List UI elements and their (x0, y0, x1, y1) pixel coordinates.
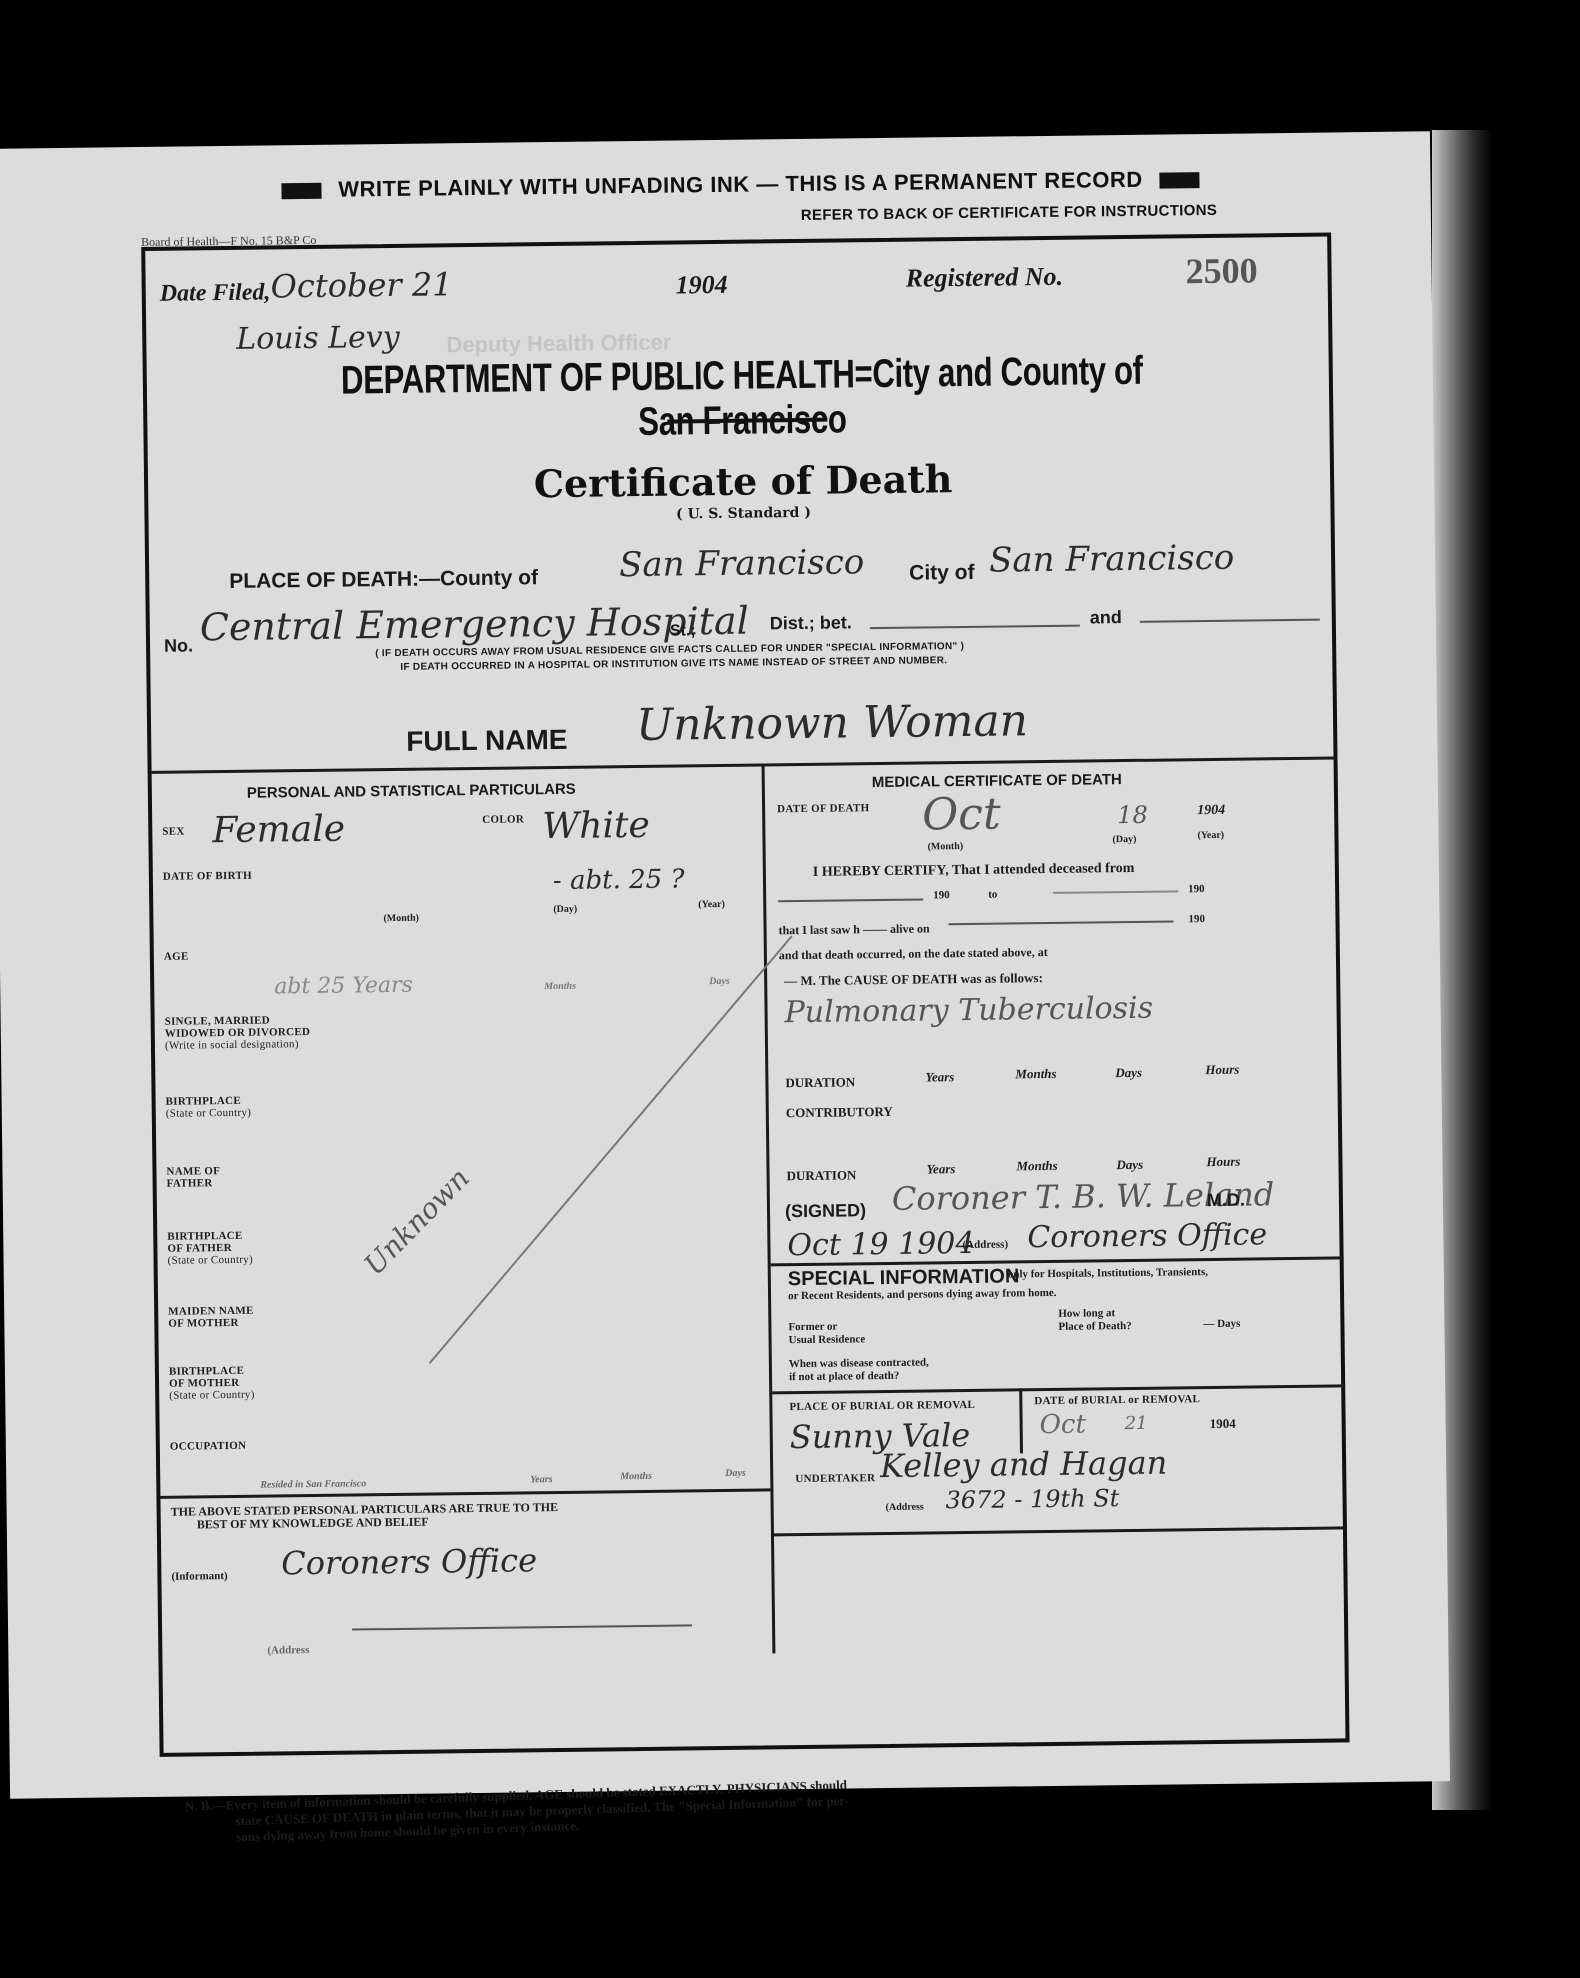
column-divider (762, 763, 776, 1653)
duration-months-1: Months (1015, 1066, 1056, 1083)
certificate-frame: Date Filed, October 21 1904 Registered N… (141, 232, 1349, 1756)
birthplace-label-line-1: BIRTHPLACE (166, 1095, 252, 1108)
resided-label: Resided in San Francisco (260, 1478, 366, 1490)
refer-instructions: REFER TO BACK OF CERTIFICATE FOR INSTRUC… (801, 202, 1217, 224)
informant-label: (Informant) (171, 1570, 227, 1583)
former-residence-label: Former or Usual Residence (788, 1320, 865, 1347)
unknown-strike-line (429, 935, 793, 1363)
cause-of-death-value: Pulmonary Tuberculosis (784, 991, 1153, 1030)
duration-years-2: Years (926, 1161, 955, 1177)
last-saw-190: 190 (1188, 913, 1205, 925)
last-saw-label: that I last saw h —— alive on (778, 921, 929, 938)
date-filed-value: October 21 (270, 265, 452, 305)
signed-label: (SIGNED) (785, 1200, 866, 1222)
street-label: St.; (670, 622, 696, 640)
dod-year-value: 1904 (1197, 803, 1225, 819)
birthplace-label: BIRTHPLACE (State or Country) (166, 1095, 252, 1120)
md-label: M.D. (1207, 1190, 1245, 1211)
range-190-b: 190 (1188, 883, 1205, 895)
duration-hours-2: Hours (1206, 1154, 1240, 1170)
mother-bp-line-2: OF MOTHER (169, 1377, 255, 1390)
dod-year-label: (Year) (1197, 830, 1224, 841)
dob-year-label: (Year) (698, 899, 725, 910)
dod-day-value: 18 (1117, 801, 1148, 829)
occupation-label: OCCUPATION (170, 1440, 247, 1453)
age-months-label: Months (544, 981, 576, 992)
district-between-line-2 (1140, 619, 1320, 623)
father-label-line-1: NAME OF (166, 1165, 220, 1178)
contributory-label: CONTRIBUTORY (786, 1104, 893, 1121)
mother-label-line-2: OF MOTHER (168, 1317, 254, 1330)
last-saw-line (949, 920, 1174, 925)
duration-days-1: Days (1115, 1065, 1142, 1081)
resided-days-label: Days (725, 1468, 746, 1479)
dob-label: DATE OF BIRTH (163, 870, 252, 883)
cause-intro-label: — M. The CAUSE OF DEATH was as follows: (784, 970, 1043, 989)
attended-from-line (778, 899, 923, 903)
medical-address-value: Coroners Office (1027, 1217, 1267, 1255)
mother-birthplace-label: BIRTHPLACE OF MOTHER (State or Country) (169, 1365, 255, 1402)
officer-signature: Louis Levy (236, 320, 400, 357)
contracted-line-1: When was disease contracted, (789, 1356, 929, 1371)
burial-bottom-divider (774, 1526, 1347, 1536)
duration-years-1: Years (925, 1069, 954, 1085)
registered-number: 2500 (1185, 249, 1258, 292)
death-occurred-label: and that death occurred, on the date sta… (779, 945, 1048, 963)
age-value: abt 25 Years (274, 973, 413, 1000)
marital-label-line-3: (Write in social designation) (165, 1038, 311, 1052)
unknown-stroke-text: Unknown (358, 1161, 476, 1281)
dod-month-value: Oct (922, 789, 1001, 841)
how-long-line-2: Place of Death? (1058, 1320, 1131, 1334)
how-long-days: — Days (1203, 1318, 1240, 1330)
filing-year: 1904 (676, 270, 728, 301)
certify-statement: I HEREBY CERTIFY, That I attended deceas… (813, 861, 1135, 881)
medical-address-label: (Address) (962, 1239, 1008, 1252)
age-label: AGE (164, 950, 189, 962)
personal-heading: PERSONAL AND STATISTICAL PARTICULARS (247, 781, 576, 802)
father-bp-line-1: BIRTHPLACE (167, 1230, 253, 1243)
burial-date-day: 21 (1125, 1413, 1148, 1434)
date-of-death-label: DATE OF DEATH (777, 802, 869, 815)
range-190-a: 190 (933, 889, 950, 901)
attestation-label: THE ABOVE STATED PERSONAL PARTICULARS AR… (171, 1501, 559, 1532)
former-label-line-1: Former or (788, 1320, 865, 1334)
district-between-line-1 (870, 625, 1080, 630)
how-long-label: How long at Place of Death? (1058, 1307, 1132, 1334)
contracted-line-2: if not at place of death? (789, 1369, 929, 1384)
special-info-note-2: or Recent Residents, and persons dying a… (788, 1287, 1057, 1302)
burial-date-month: Oct (1039, 1410, 1086, 1441)
father-label-line-2: FATHER (167, 1177, 221, 1190)
city-label: City of (909, 561, 975, 586)
city-value: San Francisco (989, 538, 1235, 581)
full-name-label: FULL NAME (406, 724, 568, 758)
burial-place-label: PLACE OF BURIAL OR REMOVAL (789, 1399, 975, 1413)
informant-value: Coroners Office (281, 1541, 537, 1582)
dob-value: - abt. 25 ? (553, 864, 685, 896)
color-value: White (542, 805, 650, 847)
burial-column-divider (1019, 1388, 1023, 1453)
duration-label-2: DURATION (786, 1167, 856, 1184)
ink-warning-banner: WRITE PLAINLY WITH UNFADING INK — THIS I… (190, 165, 1290, 204)
father-bp-line-3: (State or Country) (167, 1254, 253, 1267)
duration-months-2: Months (1016, 1158, 1057, 1175)
father-name-label: NAME OF FATHER (166, 1165, 220, 1190)
place-address-value: Central Emergency Hospital (200, 599, 749, 650)
banner-text: WRITE PLAINLY WITH UNFADING INK — THIS I… (338, 167, 1143, 202)
registered-no-label: Registered No. (905, 262, 1063, 294)
death-certificate-page: WRITE PLAINLY WITH UNFADING INK — THIS I… (0, 131, 1450, 1798)
range-to-label: to (988, 889, 997, 901)
place-of-death-label: PLACE OF DEATH:—County of (229, 566, 538, 594)
undertaker-address-label: (Address (886, 1502, 924, 1513)
special-info-note-1: only for Hospitals, Institutions, Transi… (1008, 1266, 1208, 1280)
father-bp-line-2: OF FATHER (167, 1242, 253, 1255)
birthplace-label-line-2: (State or Country) (166, 1107, 252, 1120)
mother-bp-line-3: (State or Country) (169, 1389, 255, 1402)
color-label: COLOR (482, 813, 524, 826)
contracted-label: When was disease contracted, if not at p… (789, 1356, 929, 1384)
how-long-line-1: How long at (1058, 1307, 1131, 1321)
attended-to-line (1053, 890, 1178, 894)
full-name-value: Unknown Woman (636, 695, 1029, 751)
duration-days-2: Days (1116, 1157, 1143, 1173)
informant-address-label: (Address (267, 1644, 309, 1657)
dod-day-label: (Day) (1112, 834, 1136, 845)
informant-address-line (352, 1624, 692, 1630)
sex-label: SEX (162, 826, 184, 838)
undertaker-label: UNDERTAKER (795, 1472, 875, 1485)
mother-bp-line-1: BIRTHPLACE (169, 1365, 255, 1378)
mother-label-line-1: MAIDEN NAME (168, 1305, 254, 1318)
burial-date-year: 1904 (1210, 1416, 1236, 1432)
county-value: San Francisco (619, 542, 865, 585)
undertaker-address-value: 3672 - 19th St (945, 1484, 1119, 1514)
duration-hours-1: Hours (1205, 1062, 1239, 1078)
mother-maiden-name-label: MAIDEN NAME OF MOTHER (168, 1305, 254, 1330)
resided-months-label: Months (620, 1471, 652, 1482)
sex-value: Female (212, 809, 345, 852)
age-days-label: Days (709, 976, 730, 987)
resided-divider (160, 1488, 770, 1498)
marital-status-label: SINGLE, MARRIED WIDOWED OR DIVORCED (Wri… (165, 1014, 311, 1052)
department-title: DEPARTMENT OF PUBLIC HEALTH=City and Cou… (309, 348, 1176, 449)
date-filed-label: Date Filed, (160, 279, 271, 307)
attest-line-2: BEST OF MY KNOWLEDGE AND BELIEF (171, 1514, 559, 1532)
pointing-hand-left-icon (282, 183, 322, 199)
duration-label-1: DURATION (785, 1074, 855, 1091)
burial-date-label: DATE of BURIAL or REMOVAL (1034, 1393, 1200, 1407)
dob-day-label: (Day) (553, 904, 577, 915)
dod-month-label: (Month) (928, 841, 964, 852)
burial-divider (772, 1384, 1345, 1394)
undertaker-value: Kelley and Hagan (880, 1444, 1168, 1486)
name-divider (152, 756, 1338, 773)
signed-date-value: Oct 19 1904 (787, 1226, 974, 1263)
former-label-line-2: Usual Residence (789, 1333, 866, 1347)
dob-month-label: (Month) (383, 913, 419, 924)
pointing-hand-right-icon (1159, 172, 1199, 188)
street-no-label: No. (164, 635, 193, 656)
resided-years-label: Years (530, 1474, 552, 1485)
district-and-label: and (1090, 607, 1122, 628)
father-birthplace-label: BIRTHPLACE OF FATHER (State or Country) (167, 1230, 253, 1267)
nb-footer-note: N. B.—Every item of information should b… (185, 1760, 1366, 1847)
district-label: Dist.; bet. (770, 612, 852, 634)
